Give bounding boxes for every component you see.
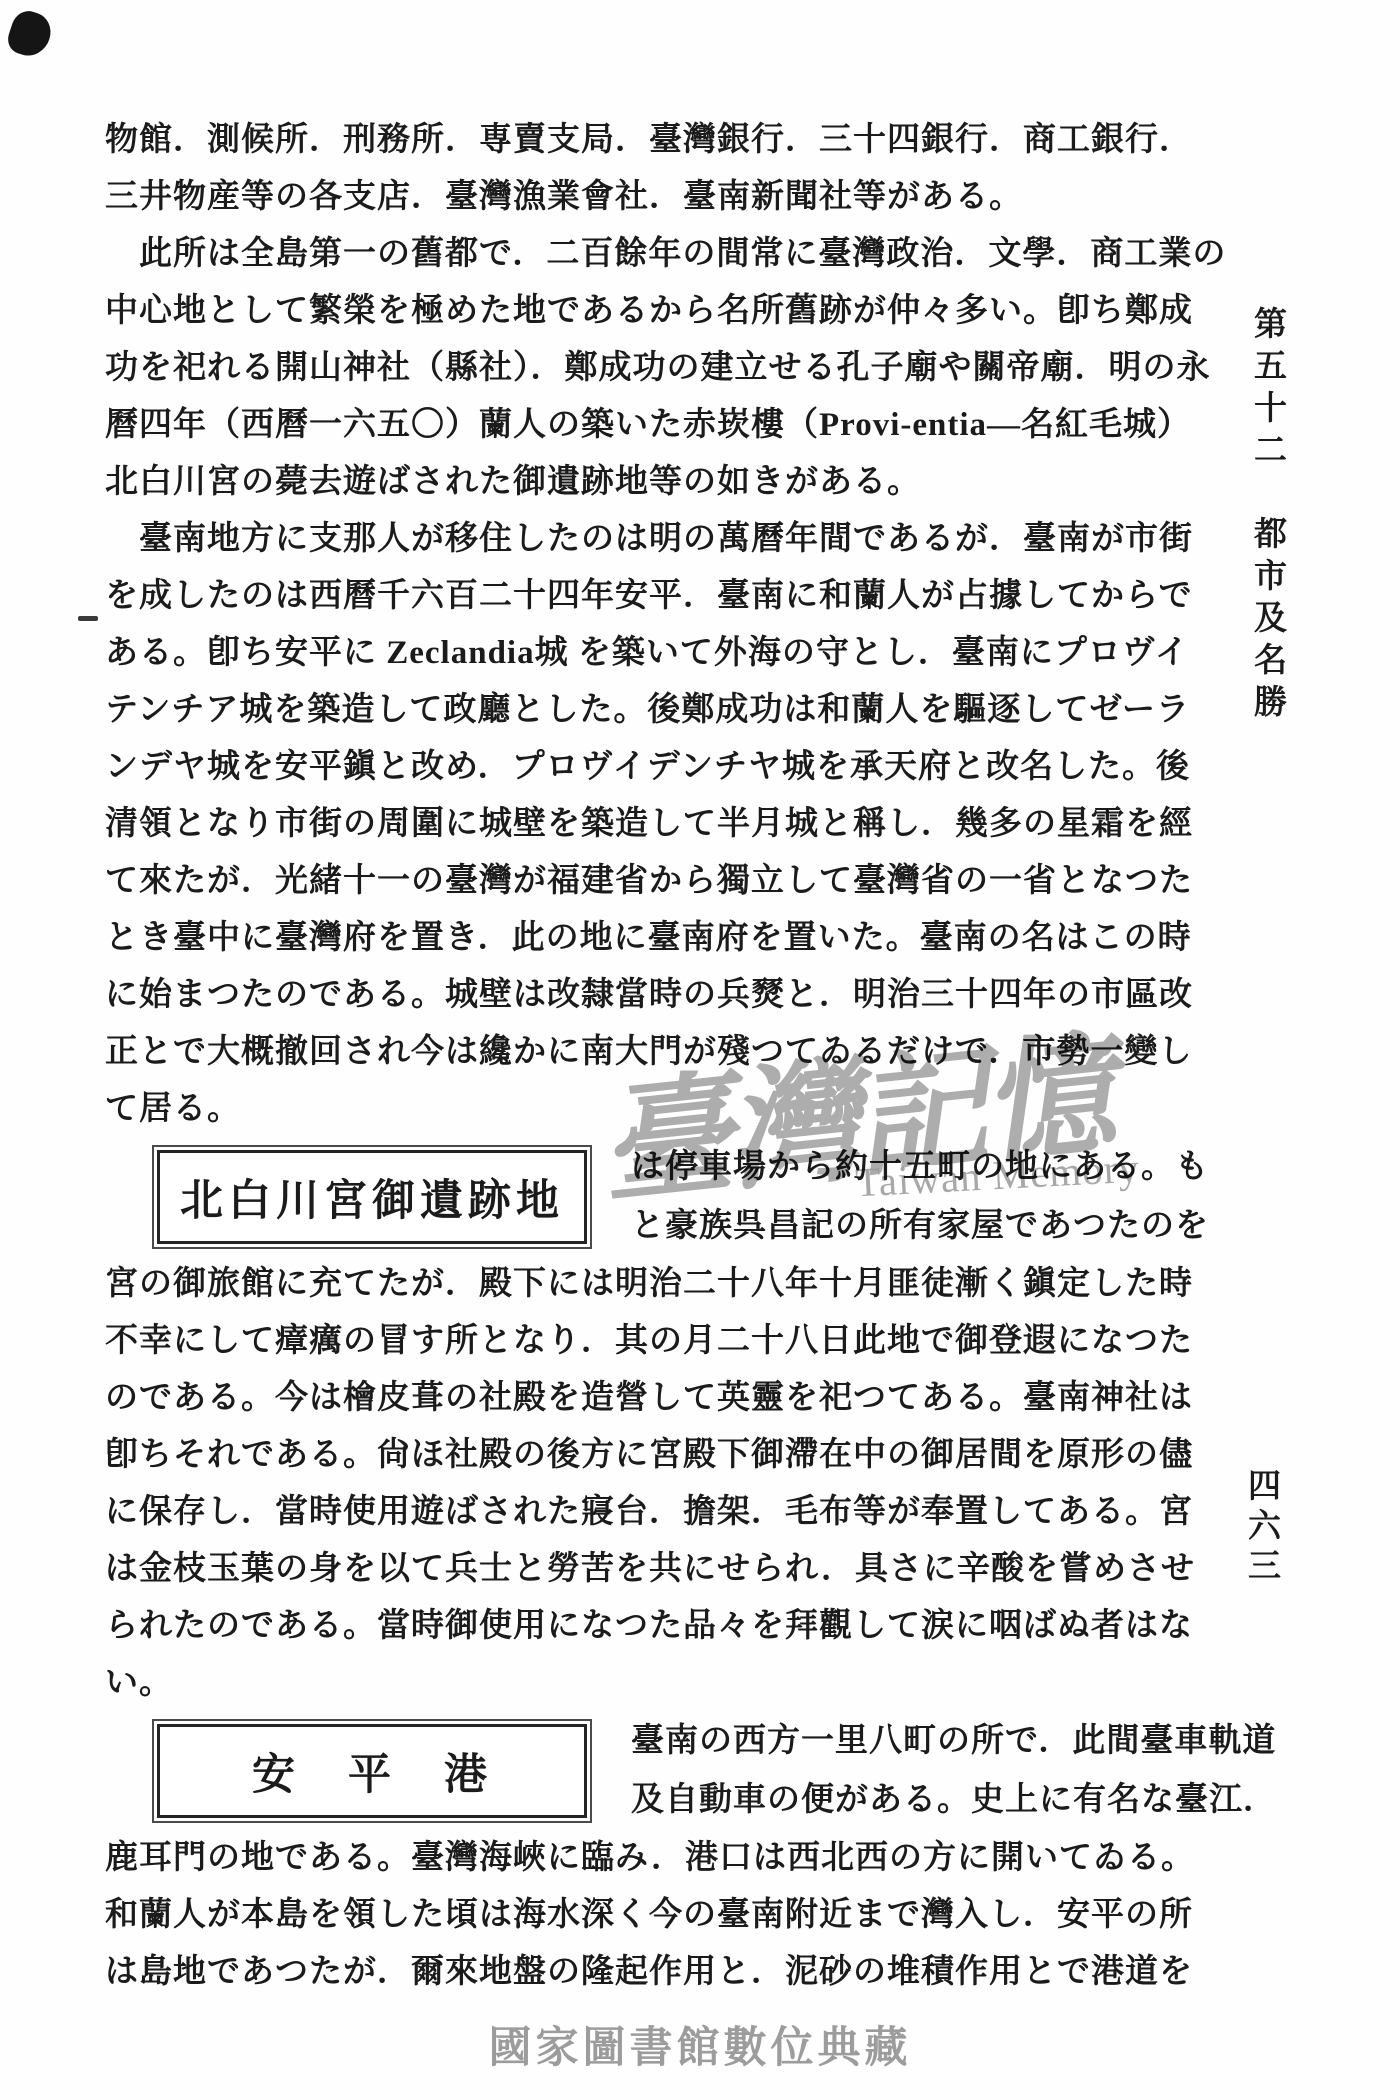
text-line: 正とで大概撤回され今は纔かに南大門が殘つてゐるだけで．市勢一變し — [105, 1024, 1175, 1081]
library-footer-stamp: 國家圖書館數位典藏 — [0, 2014, 1400, 2075]
text-line: 鹿耳門の地である。臺灣海峽に臨み．港口は西北西の方に開いてゐる。 — [105, 1830, 1175, 1887]
section-row-anpei: 安 平 港 臺南の西方一里八町の所で．此間臺車軌道 及自動車の便がある。史上に有… — [105, 1712, 1175, 1830]
text-line: 功を祀れる開山神社（縣社）．鄭成功の建立せる孔子廟や關帝廟．明の永 — [105, 340, 1175, 397]
section-box-kitashirakawa-goiseki: 北白川宮御遺跡地 — [157, 1150, 587, 1244]
text-line: は停車場から約十五町の地にある。も — [631, 1138, 1209, 1197]
text-line: 此所は全島第一の舊都で．二百餘年の間常に臺灣政治．文學．商工業の — [105, 226, 1175, 283]
text-line: のである。今は檜皮葺の社殿を造營して英靈を祀つてある。臺南神社は — [105, 1370, 1175, 1427]
text-line: を成したのは西曆千六百二十四年安平．臺南に和蘭人が占據してからで — [105, 568, 1175, 625]
text-line: は金枝玉葉の身を以て兵士と勞苦を共にせられ．具さに辛酸を嘗めさせ — [105, 1541, 1175, 1598]
text-line: ンデヤ城を安平鎭と改め．プロヴイデンチヤ城を承天府と改名した。後 — [105, 739, 1175, 796]
scan-margin-mark — [78, 616, 98, 621]
text-line: られたのである。當時御使用になつた品々を拜觀して涙に咽ばぬ者はな — [105, 1598, 1175, 1655]
chapter-margin-header: 第五十二 都市及名勝 — [1244, 306, 1291, 726]
text-line: に保存し．當時使用遊ばされた寢台．擔架．毛布等が奉置してある。宮 — [105, 1484, 1175, 1541]
text-line: テンチア城を築造して政廳とした。後鄭成功は和蘭人を驅逐してゼーラ — [105, 682, 1175, 739]
text-line: 物館．測候所．刑務所．専賣支局．臺灣銀行．三十四銀行．商工銀行． — [105, 112, 1175, 169]
text-line: 中心地として繁榮を極めた地であるから名所舊跡が仲々多い。卽ち鄭成 — [105, 283, 1175, 340]
page-number: 四六三 — [1238, 1468, 1285, 1588]
scanned-book-page: 第五十二 都市及名勝 四六三 物館．測候所．刑務所．専賣支局．臺灣銀行．三十四銀… — [0, 0, 1400, 2100]
text-line: 及自動車の便がある。史上に有名な臺江． — [631, 1771, 1277, 1830]
text-line: 臺南の西方一里八町の所で．此間臺車軌道 — [631, 1712, 1277, 1771]
section-row-kitashirakawa: 北白川宮御遺跡地 は停車場から約十五町の地にある。も と豪族呉昌記の所有家屋であ… — [105, 1138, 1175, 1256]
text-line: 清領となり市街の周圍に城壁を築造して半月城と稱し．幾多の星霜を經 — [105, 796, 1175, 853]
text-line: て來たが．光緒十一の臺灣が福建省から獨立して臺灣省の一省となつた — [105, 853, 1175, 910]
text-line: 不幸にして瘴癘の冒す所となり．其の月二十八日此地で御登遐になつた — [105, 1313, 1175, 1370]
scan-ink-blot — [4, 7, 56, 61]
text-line: は島地であつたが．爾來地盤の隆起作用と．泥砂の堆積作用とで港道を — [105, 1944, 1175, 2001]
text-line: 三井物産等の各支店．臺灣漁業會社．臺南新聞社等がある。 — [105, 169, 1175, 226]
text-line: と豪族呉昌記の所有家屋であつたのを — [631, 1197, 1209, 1256]
section-side-text: 臺南の西方一里八町の所で．此間臺車軌道 及自動車の便がある。史上に有名な臺江． — [631, 1712, 1277, 1830]
section-side-text: は停車場から約十五町の地にある。も と豪族呉昌記の所有家屋であつたのを — [631, 1138, 1209, 1256]
text-line: とき臺中に臺灣府を置き．此の地に臺南府を置いた。臺南の名はこの時 — [105, 910, 1175, 967]
text-line: ある。卽ち安平に Zeclandia城 を築いて外海の守とし．臺南にプロヴイ — [105, 625, 1175, 682]
text-line: 卽ちそれである。尙ほ社殿の後方に宮殿下御滯在中の御居間を原形の儘 — [105, 1427, 1175, 1484]
section-box-anpei-port: 安 平 港 — [157, 1724, 587, 1818]
main-text-column: 物館．測候所．刑務所．専賣支局．臺灣銀行．三十四銀行．商工銀行． 三井物産等の各… — [105, 112, 1175, 2001]
text-line: 臺南地方に支那人が移住したのは明の萬曆年間であるが．臺南が市街 — [105, 511, 1175, 568]
text-line: て居る。 — [105, 1081, 1175, 1138]
text-line: い。 — [105, 1655, 1175, 1712]
text-line: 曆四年（西曆一六五〇）蘭人の築いた赤崁樓（Provi-entia―名紅毛城） — [105, 397, 1175, 454]
text-line: 宮の御旅館に充てたが．殿下には明治二十八年十月匪徒漸く鎭定した時 — [105, 1256, 1175, 1313]
text-line: 和蘭人が本島を領した頃は海水深く今の臺南附近まで灣入し．安平の所 — [105, 1887, 1175, 1944]
text-line: に始まつたのである。城壁は改隸當時の兵燹と．明治三十四年の市區改 — [105, 967, 1175, 1024]
text-line: 北白川宮の薨去遊ばされた御遺跡地等の如きがある。 — [105, 454, 1175, 511]
